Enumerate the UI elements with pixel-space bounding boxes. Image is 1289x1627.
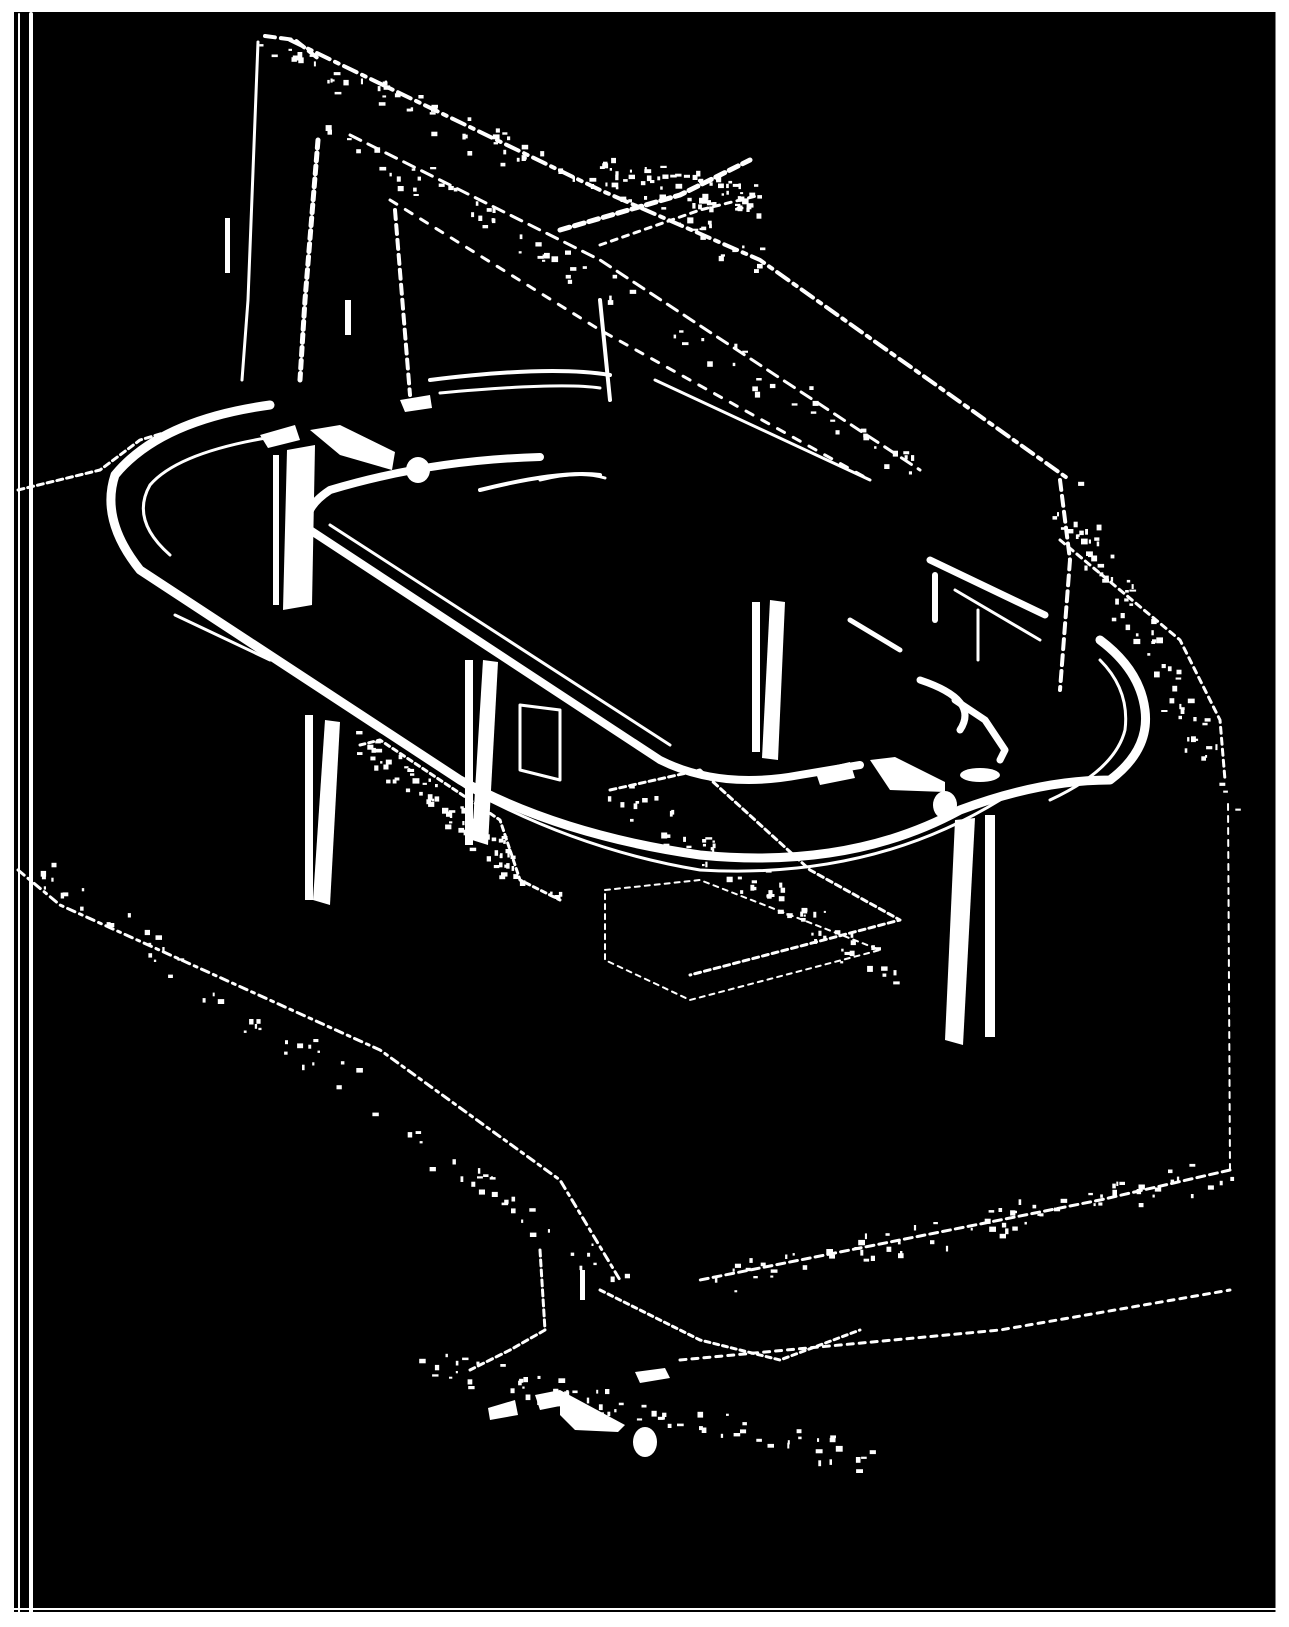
mechanical-drawing — [0, 0, 1289, 1627]
